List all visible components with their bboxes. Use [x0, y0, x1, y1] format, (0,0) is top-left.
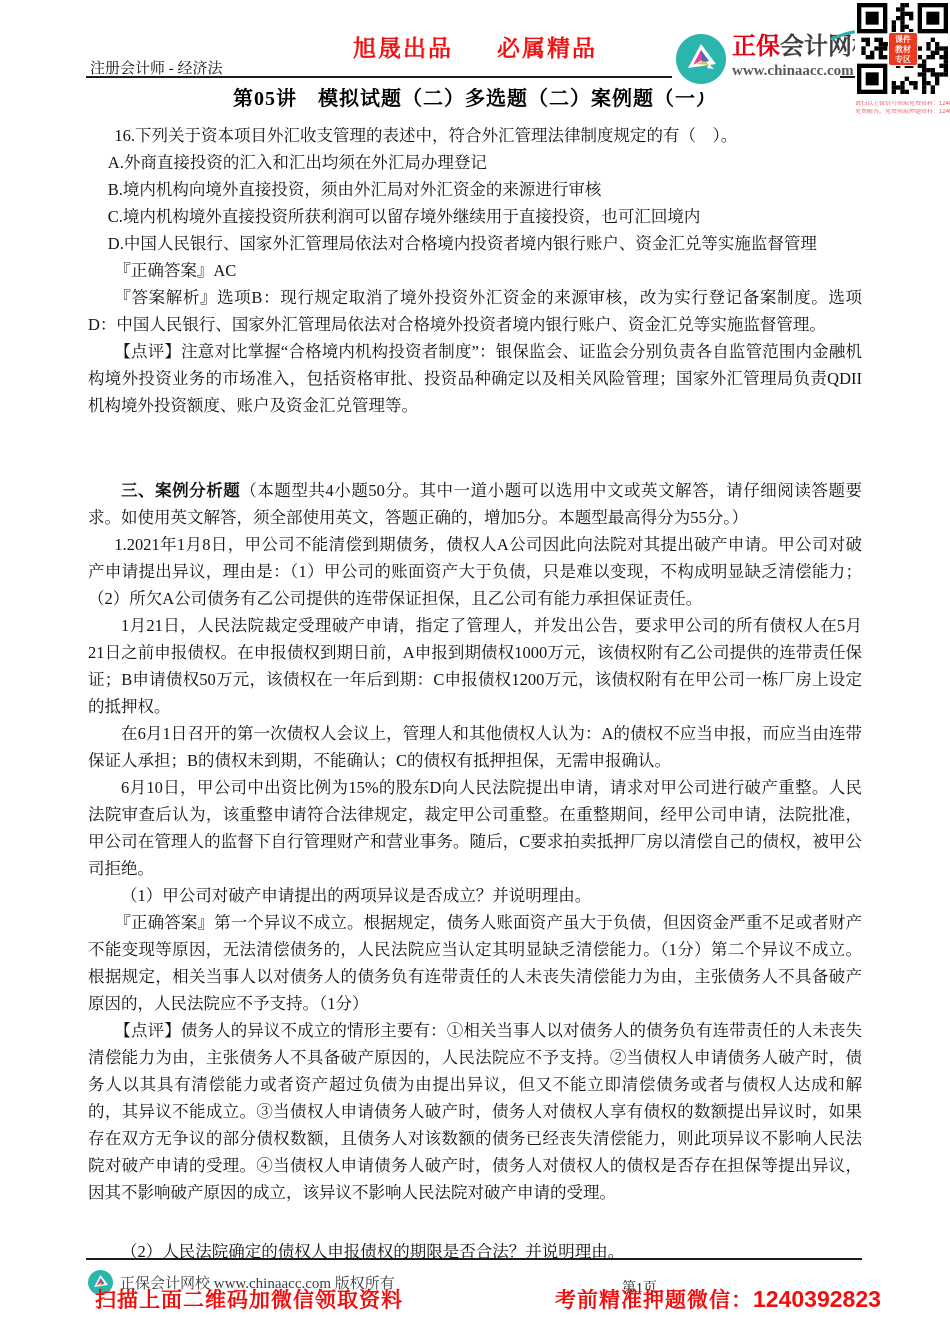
sub-question-1-comment: 【点评】债务人的异议不成立的情形主要有：①相关当事人以对债务人的债务负有连带责任…	[88, 1017, 862, 1206]
case-paragraph: 1月21日，人民法院裁定受理破产申请，指定了管理人，并发出公告，要求甲公司的所有…	[88, 612, 862, 720]
case-paragraph: 1.2021年1月8日，甲公司不能清偿到期债务，债权人A公司因此向法院对其提出破…	[88, 531, 862, 612]
question-16-comment: 【点评】注意对比掌握“合格境内机构投资者制度”：银保监会、证监会分别负责各自监管…	[88, 338, 862, 419]
question-16-stem: 16.下列关于资本项目外汇收支管理的表述中，符合外汇管理法律制度规定的有（ ）。	[88, 122, 862, 149]
footer-stamp-scan: 扫描上面二维码加微信领取资料	[95, 1284, 403, 1314]
qr-center-badge: 课件 教材 专区	[888, 32, 918, 66]
slogan-left: 旭晟出品	[353, 36, 453, 61]
brand-logo: 正保会计网校 www.chinaacc.com	[672, 18, 840, 92]
footer-divider	[86, 1258, 862, 1260]
question-16-answer: 『正确答案』AC	[88, 257, 862, 284]
qr-badge-line: 教材	[889, 45, 917, 55]
question-spacer	[88, 1206, 862, 1238]
sub-question-2: （2）人民法院确定的债权人申报债权的期限是否合法？并说明理由。	[88, 1238, 862, 1265]
question-16-option-c: C.境内机构境外直接投资所获利润可以留存境外继续用于直接投资，也可汇回境内	[88, 203, 862, 230]
handout-page: { "colors": { "stamp_red": "#f20d0d", "b…	[0, 0, 950, 1344]
footer-stamp-wechat-number: 1240392823	[753, 1286, 881, 1312]
brand-name-red: 正保	[732, 34, 780, 60]
sub-question-1: （1）甲公司对破产申请提出的两项异议是否成立？并说明理由。	[88, 882, 862, 909]
brand-icon	[676, 34, 726, 84]
footer-stamp-wechat-label: 考前精准押题微信：	[555, 1289, 753, 1312]
case-paragraph: 6月10日，甲公司中出资比例为15%的股东D向人民法院提出申请，请求对甲公司进行…	[88, 774, 862, 882]
question-16-option-b: B.境内机构向境外直接投资，须由外汇局对外汇资金的来源进行审核	[88, 176, 862, 203]
question-16-option-d: D.中国人民银行、国家外汇管理局依法对合格境内投资者境内银行账户、资金汇兑等实施…	[88, 230, 862, 257]
sub-question-1-answer: 『正确答案』第一个异议不成立。根据规定，债务人账面资产虽大于负债，但因资金严重不…	[88, 909, 862, 1017]
qr-caption-2: 免费解答，免费领取押题资料：1240392823	[855, 109, 950, 116]
section-spacer	[88, 419, 862, 477]
qr-caption-1: 请扫以上微信号领取免费资料：1240392823	[855, 101, 950, 108]
question-16-option-a: A.外商直接投资的汇入和汇出均须在外汇局办理登记	[88, 149, 862, 176]
brand-text: 正保会计网校 www.chinaacc.com	[732, 26, 840, 80]
qr-code-block: 课件 教材 专区 请扫以上微信号领取免费资料：1240392823 免费解答，免…	[855, 0, 950, 122]
document-body: 16.下列关于资本项目外汇收支管理的表述中，符合外汇管理法律制度规定的有（ ）。…	[88, 122, 862, 1265]
brand-website: www.chinaacc.com	[732, 63, 840, 80]
qr-badge-line: 课件	[889, 35, 917, 45]
qr-badge-line: 专区	[889, 55, 917, 65]
slogan-right: 必属精品	[497, 36, 597, 61]
footer-stamp-wechat: 考前精准押题微信：1240392823	[555, 1284, 881, 1314]
brand-name: 正保会计网校	[732, 26, 840, 61]
question-16-analysis: 『答案解析』选项B：现行规定取消了境外投资外汇资金的来源审核，改为实行登记备案制…	[88, 284, 862, 338]
course-label: 注册会计师 - 经济法	[90, 57, 223, 78]
section-heading-paragraph: 三、案例分析题（本题型共4小题50分。其中一道小题可以选用中文或英文解答，请仔细…	[88, 477, 862, 531]
case-paragraph: 在6月1日召开的第一次债权人会议上，管理人和其他债权人认为：A的债权不应当申报，…	[88, 720, 862, 774]
section-heading: 三、案例分析题	[121, 481, 240, 500]
